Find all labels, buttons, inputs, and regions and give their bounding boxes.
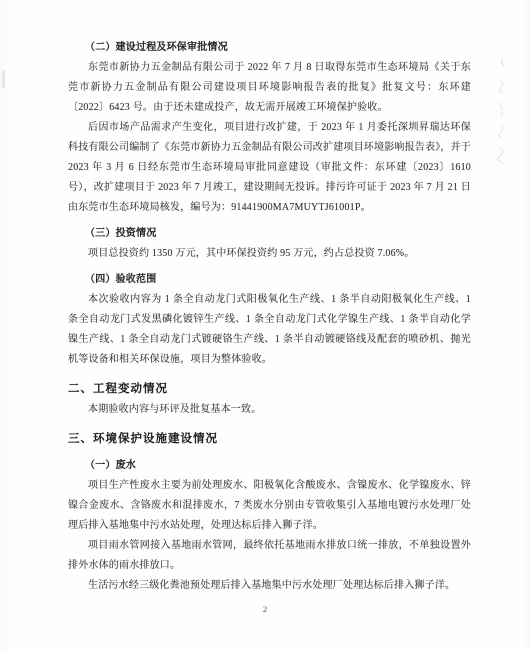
paragraph-rainwater: 项目雨水管网接入基地雨水管网，最终依托基地雨水排放口统一排放，不单独设置外排外水…	[68, 536, 471, 576]
paragraph-project-changes: 本期验收内容与环评及批复基本一致。	[68, 400, 471, 420]
paragraph-investment: 项目总投资约 1350 万元，其中环保投资约 95 万元，约占总投资 7.06%…	[68, 244, 471, 264]
handwriting-annotation-mark	[494, 56, 508, 176]
paragraph-approval-history: 东莞市新协力五金制品有限公司于 2022 年 7 月 8 日取得东莞市生态环境局…	[68, 58, 471, 118]
chapter-heading-env-facilities: 三、环境保护设施建设情况	[68, 428, 471, 450]
section-heading-construction-approval: （二）建设过程及环保审批情况	[68, 38, 471, 58]
section-heading-investment: （三）投资情况	[68, 224, 471, 244]
document-body: （二）建设过程及环保审批情况 东莞市新协力五金制品有限公司于 2022 年 7 …	[68, 38, 471, 596]
scanned-document-page: （二）建设过程及环保审批情况 东莞市新协力五金制品有限公司于 2022 年 7 …	[0, 0, 530, 650]
section-heading-scope: （四）验收范围	[68, 270, 471, 290]
chapter-heading-project-changes: 二、工程变动情况	[68, 378, 471, 400]
paragraph-acceptance-scope: 本次验收内容为 1 条全自动龙门式阳极氧化生产线、1 条半自动阳极氧化生产线、1…	[68, 290, 471, 370]
page-number: 2	[0, 604, 530, 614]
scan-edge-artifact	[2, 70, 5, 88]
paragraph-expansion-history: 后因市场产品需求产生变化，项目进行改扩建，于 2023 年 1 月委托深圳昇瑞达…	[68, 118, 471, 218]
paragraph-domestic-sewage: 生活污水经三级化粪池预处理后排入基地集中污水处理厂处理达标后排入狮子洋。	[68, 576, 471, 596]
section-heading-wastewater: （一）废水	[68, 456, 471, 476]
paragraph-production-wastewater: 项目生产性废水主要为前处理废水、阳极氧化含酸废水、含镍废水、化学镍废水、锌镍合金…	[68, 476, 471, 536]
